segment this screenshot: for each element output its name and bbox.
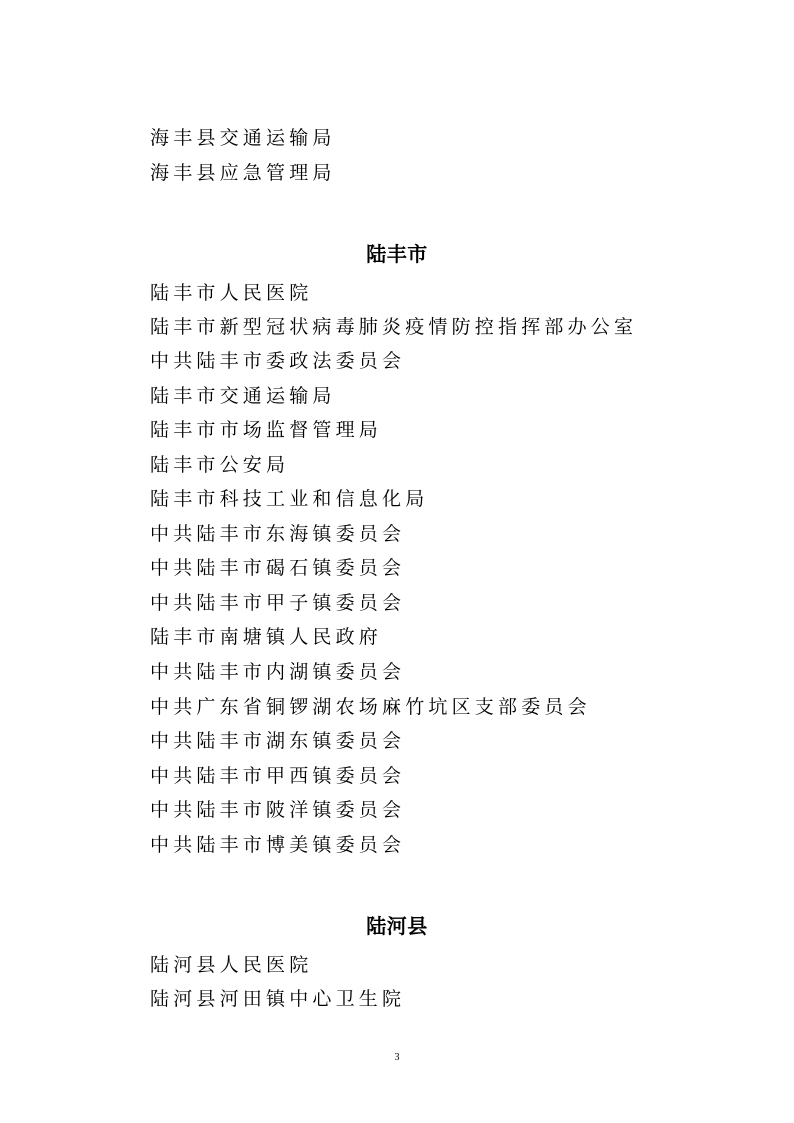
list-item: 中共陆丰市湖东镇委员会 <box>150 729 405 753</box>
list-item: 中共广东省铜锣湖农场麻竹坑区支部委员会 <box>150 695 591 719</box>
list-item: 中共陆丰市碣石镇委员会 <box>150 556 405 580</box>
list-item: 中共陆丰市博美镇委员会 <box>150 833 405 857</box>
list-item: 陆河县人民医院 <box>150 953 312 977</box>
list-item: 陆河县河田镇中心卫生院 <box>150 987 405 1011</box>
list-item: 陆丰市南塘镇人民政府 <box>150 625 382 649</box>
list-item: 海丰县应急管理局 <box>150 161 336 185</box>
list-item: 中共陆丰市东海镇委员会 <box>150 522 405 546</box>
section-heading: 陆河县 <box>0 913 794 939</box>
list-item: 陆丰市交通运输局 <box>150 384 336 408</box>
list-item: 海丰县交通运输局 <box>150 126 336 150</box>
document-page: 海丰县交通运输局 海丰县应急管理局 陆丰市 陆丰市人民医院 陆丰市新型冠状病毒肺… <box>0 0 794 1123</box>
list-item: 中共陆丰市甲西镇委员会 <box>150 764 405 788</box>
list-item: 陆丰市市场监督管理局 <box>150 418 382 442</box>
list-item: 陆丰市新型冠状病毒肺炎疫情防控指挥部办公室 <box>150 315 637 339</box>
page-number: 3 <box>0 1052 794 1064</box>
list-item: 陆丰市公安局 <box>150 453 289 477</box>
list-item: 中共陆丰市内湖镇委员会 <box>150 660 405 684</box>
section-heading: 陆丰市 <box>0 241 794 267</box>
list-item: 中共陆丰市委政法委员会 <box>150 349 405 373</box>
list-item: 陆丰市科技工业和信息化局 <box>150 487 428 511</box>
list-item: 陆丰市人民医院 <box>150 281 312 305</box>
list-item: 中共陆丰市陂洋镇委员会 <box>150 798 405 822</box>
list-item: 中共陆丰市甲子镇委员会 <box>150 591 405 615</box>
